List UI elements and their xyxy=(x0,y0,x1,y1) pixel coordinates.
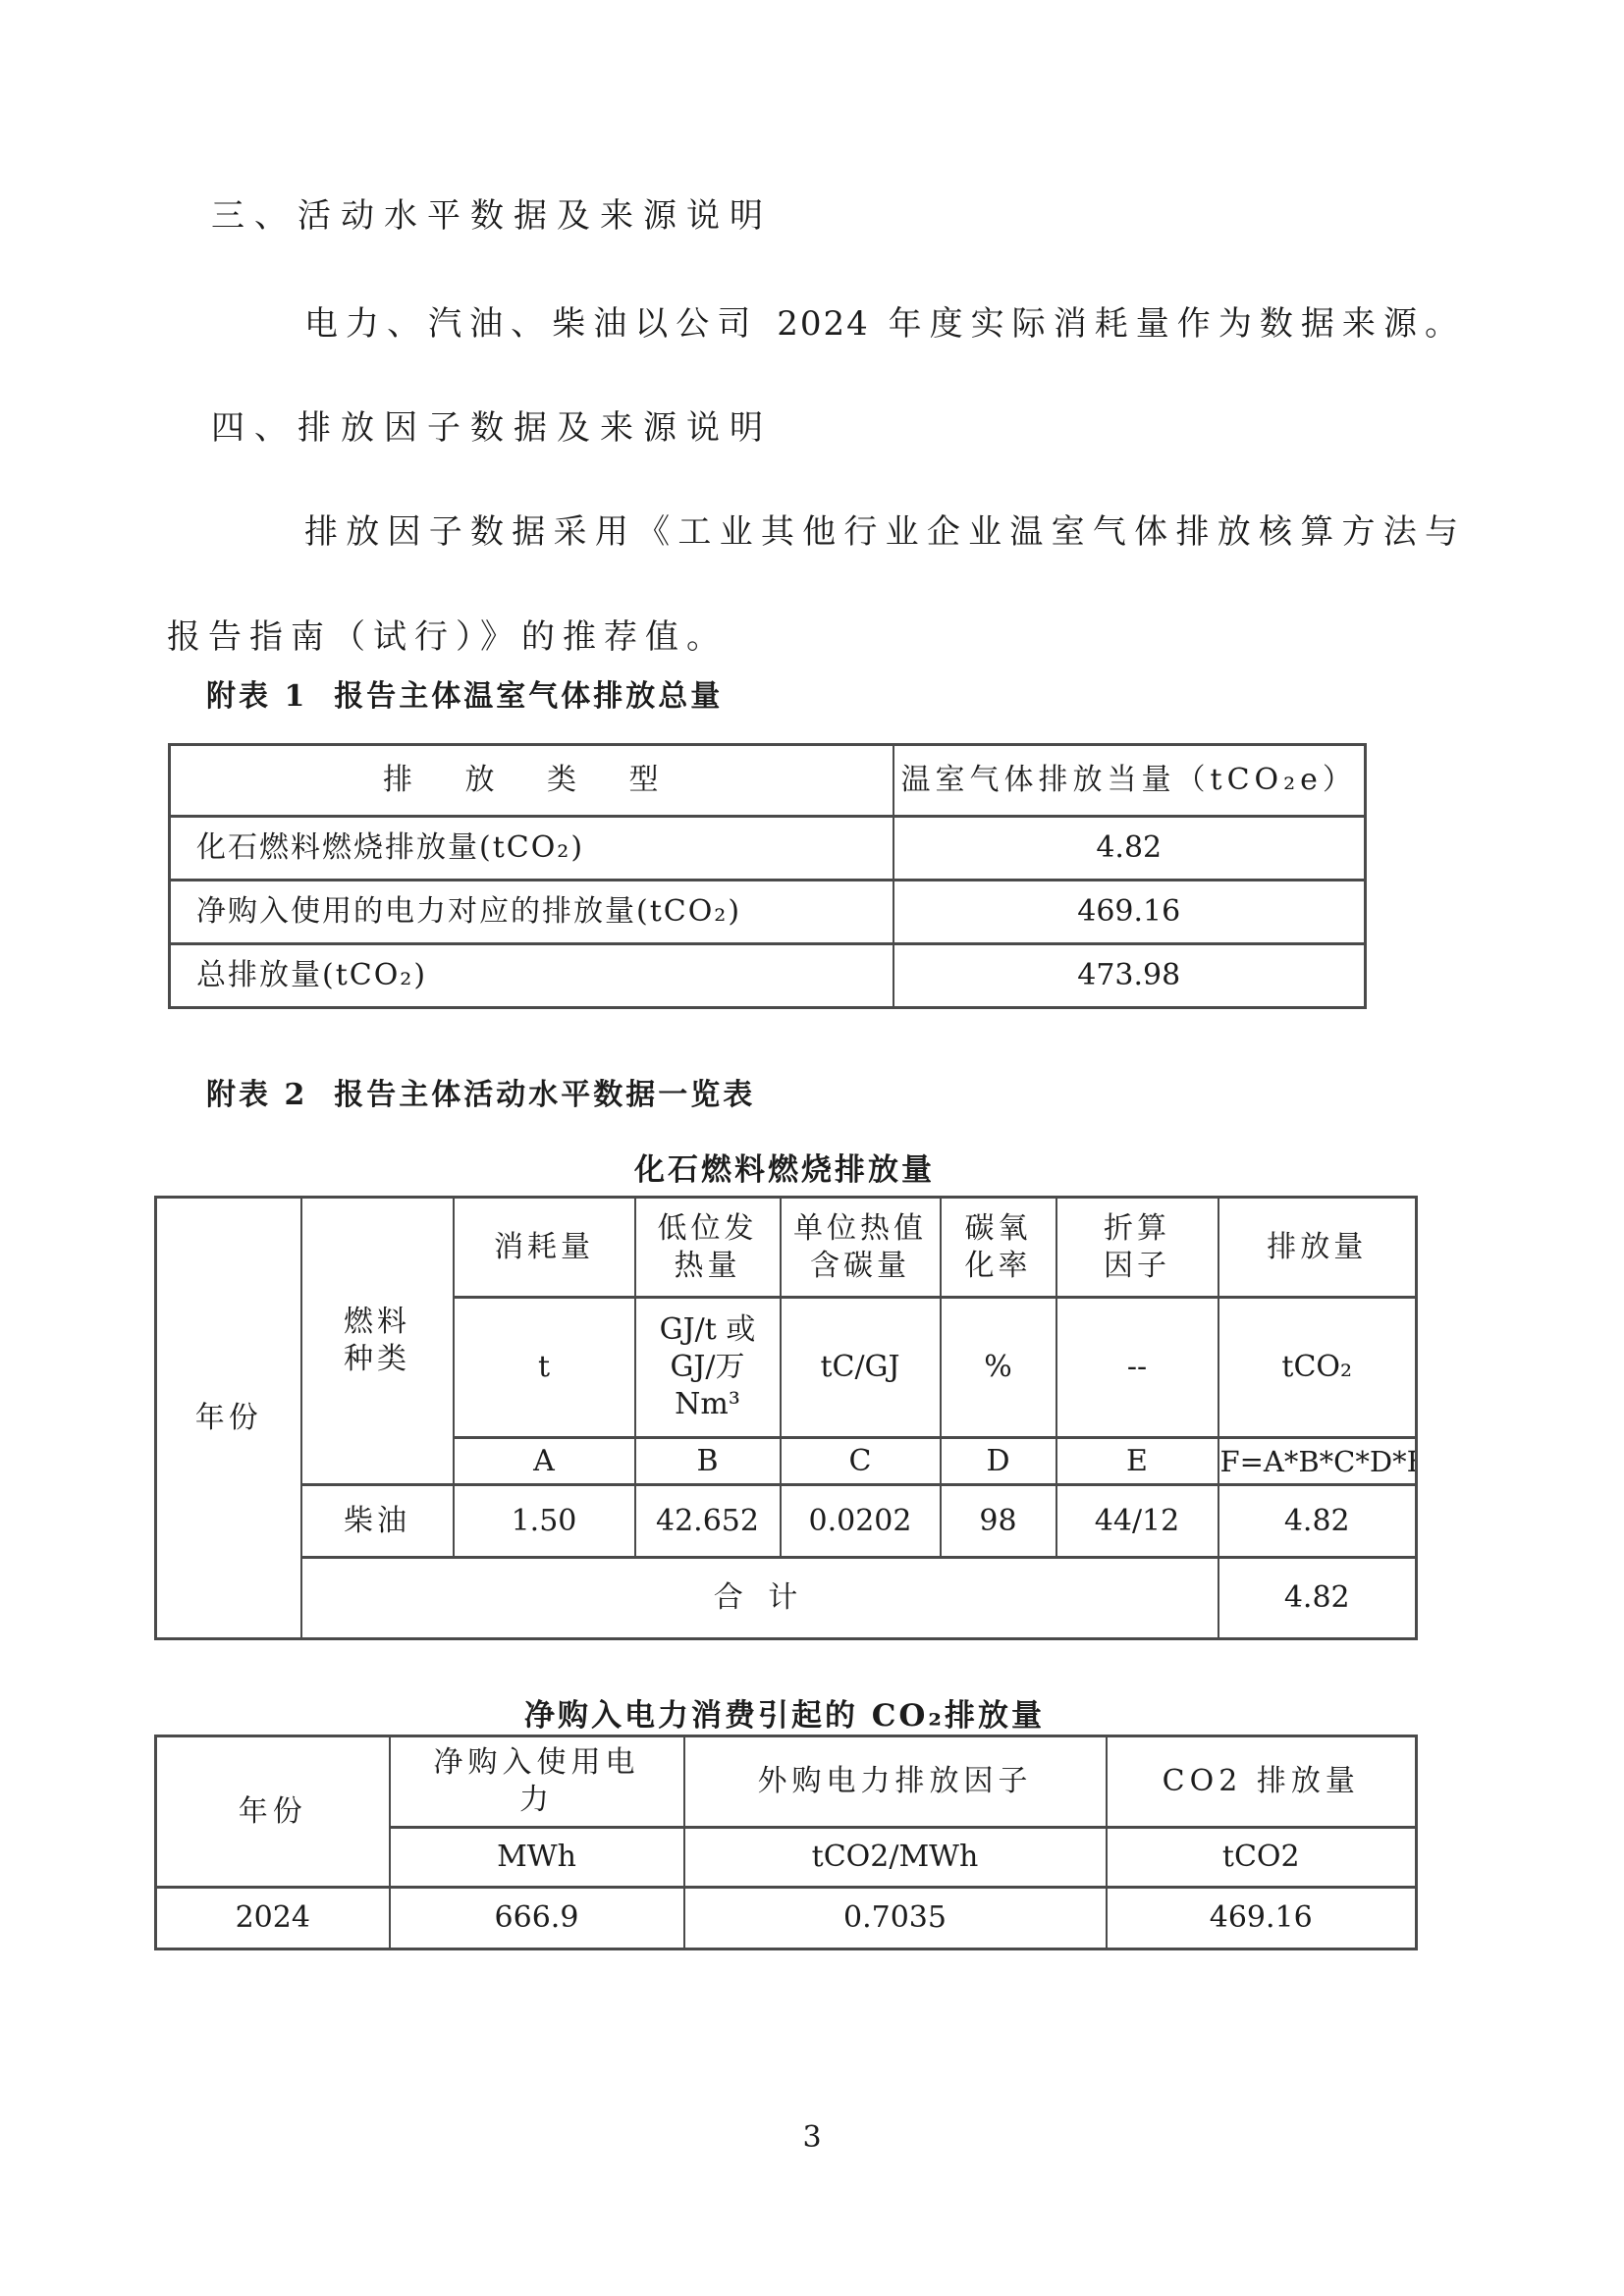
consumption-header: 消耗量 xyxy=(454,1198,635,1298)
letter-d: D xyxy=(941,1438,1056,1485)
table-row: 2024 666.9 0.7035 469.16 xyxy=(156,1888,1417,1949)
total-label-cell: 合 计 xyxy=(301,1558,1218,1639)
diesel-emission: 4.82 xyxy=(1218,1485,1417,1558)
diesel-ncv: 42.652 xyxy=(635,1485,781,1558)
table-row: 年份 燃料 种类 消耗量 低位发 热量 单位热值 含碳量 碳氧 化率 折算 因子… xyxy=(156,1198,1417,1298)
year-label-cell: 年份 xyxy=(156,1736,390,1888)
year-label-cell: 年份 xyxy=(156,1198,301,1639)
letter-e: E xyxy=(1056,1438,1218,1485)
letter-c: C xyxy=(781,1438,941,1485)
emission-amount-header: 温室气体排放当量（tCO₂e） xyxy=(893,745,1366,817)
purchased-electricity-header: 净购入使用电 力 xyxy=(390,1736,684,1828)
row-label-purchased-electricity: 净购入使用的电力对应的排放量(tCO₂) xyxy=(170,881,893,944)
row-value-purchased-electricity: 469.16 xyxy=(893,881,1366,944)
consumption-unit: t xyxy=(454,1298,635,1438)
paragraph-emission-factor-line2: 报告指南（试行）》的推荐值。 xyxy=(167,614,728,661)
table-row: 合 计 4.82 xyxy=(156,1558,1417,1639)
table-row: 年份 净购入使用电 力 外购电力排放因子 CO2 排放量 xyxy=(156,1736,1417,1828)
paragraph-emission-factor-line1: 排放因子数据采用《工业其他行业企业温室气体排放核算方法与 xyxy=(304,508,1460,556)
document-page: 三、活动水平数据及来源说明 电力、汽油、柴油以公司 2024 年度实际消耗量作为… xyxy=(0,0,1624,2296)
emission-factor-header: 外购电力排放因子 xyxy=(684,1736,1107,1828)
conversion-factor-header: 折算 因子 xyxy=(1056,1198,1218,1298)
table-row: 化石燃料燃烧排放量(tCO₂) 4.82 xyxy=(170,817,1366,881)
letter-a: A xyxy=(454,1438,635,1485)
paragraph-activity-data: 电力、汽油、柴油以公司 2024 年度实际消耗量作为数据来源。 xyxy=(304,300,1460,347)
emission-factor-value: 0.7035 xyxy=(684,1888,1107,1949)
oxidation-rate-header: 碳氧 化率 xyxy=(941,1198,1056,1298)
emission-type-header: 排 放 类 型 xyxy=(170,745,893,817)
co2-emission-unit: tCO2 xyxy=(1107,1828,1417,1888)
ncv-header: 低位发 热量 xyxy=(635,1198,781,1298)
formula-cell: F=A*B*C*D*E xyxy=(1218,1438,1417,1485)
diesel-conversion-factor: 44/12 xyxy=(1056,1485,1218,1558)
conversion-factor-unit: -- xyxy=(1056,1298,1218,1438)
diesel-oxidation-rate: 98 xyxy=(941,1485,1056,1558)
table-fossil-fuel-emissions: 年份 燃料 种类 消耗量 低位发 热量 单位热值 含碳量 碳氧 化率 折算 因子… xyxy=(154,1196,1418,1640)
emission-header: 排放量 xyxy=(1218,1198,1417,1298)
table2-caption: 附表 2 报告主体活动水平数据一览表 xyxy=(206,1070,755,1113)
table-row: 柴油 1.50 42.652 0.0202 98 44/12 4.82 xyxy=(156,1485,1417,1558)
carbon-content-unit: tC/GJ xyxy=(781,1298,941,1438)
table-total-ghg-emissions: 排 放 类 型 温室气体排放当量（tCO₂e） 化石燃料燃烧排放量(tCO₂) … xyxy=(168,743,1367,1009)
ncv-unit: GJ/t 或 GJ/万 Nm³ xyxy=(635,1298,781,1438)
page-number: 3 xyxy=(0,2120,1624,2155)
table-purchased-electricity-emissions: 年份 净购入使用电 力 外购电力排放因子 CO2 排放量 MWh tCO2/MW… xyxy=(154,1735,1418,1950)
row-value-fossil-fuel: 4.82 xyxy=(893,817,1366,881)
row-value-total: 473.98 xyxy=(893,944,1366,1008)
year-value: 2024 xyxy=(156,1888,390,1949)
fossil-table-title: 化石燃料燃烧排放量 xyxy=(154,1145,1415,1189)
carbon-content-header: 单位热值 含碳量 xyxy=(781,1198,941,1298)
emission-factor-unit: tCO2/MWh xyxy=(684,1828,1107,1888)
section-heading-activity-data: 三、活动水平数据及来源说明 xyxy=(211,192,773,240)
fuel-type-label-cell: 燃料 种类 xyxy=(301,1198,454,1485)
diesel-carbon-content: 0.0202 xyxy=(781,1485,941,1558)
purchased-electricity-unit: MWh xyxy=(390,1828,684,1888)
purchased-electricity-value: 666.9 xyxy=(390,1888,684,1949)
co2-emission-header: CO2 排放量 xyxy=(1107,1736,1417,1828)
electricity-table-title: 净购入电力消费引起的 CO₂排放量 xyxy=(154,1690,1415,1735)
table-row: 总排放量(tCO₂) 473.98 xyxy=(170,944,1366,1008)
fuel-name-diesel: 柴油 xyxy=(301,1485,454,1558)
row-label-total: 总排放量(tCO₂) xyxy=(170,944,893,1008)
diesel-consumption: 1.50 xyxy=(454,1485,635,1558)
total-emission-value: 4.82 xyxy=(1218,1558,1417,1639)
oxidation-rate-unit: % xyxy=(941,1298,1056,1438)
co2-emission-value: 469.16 xyxy=(1107,1888,1417,1949)
table-row: 排 放 类 型 温室气体排放当量（tCO₂e） xyxy=(170,745,1366,817)
emission-unit: tCO₂ xyxy=(1218,1298,1417,1438)
section-heading-emission-factor: 四、排放因子数据及来源说明 xyxy=(211,404,773,452)
row-label-fossil-fuel: 化石燃料燃烧排放量(tCO₂) xyxy=(170,817,893,881)
letter-b: B xyxy=(635,1438,781,1485)
table-row: 净购入使用的电力对应的排放量(tCO₂) 469.16 xyxy=(170,881,1366,944)
table1-caption: 附表 1 报告主体温室气体排放总量 xyxy=(206,671,723,715)
